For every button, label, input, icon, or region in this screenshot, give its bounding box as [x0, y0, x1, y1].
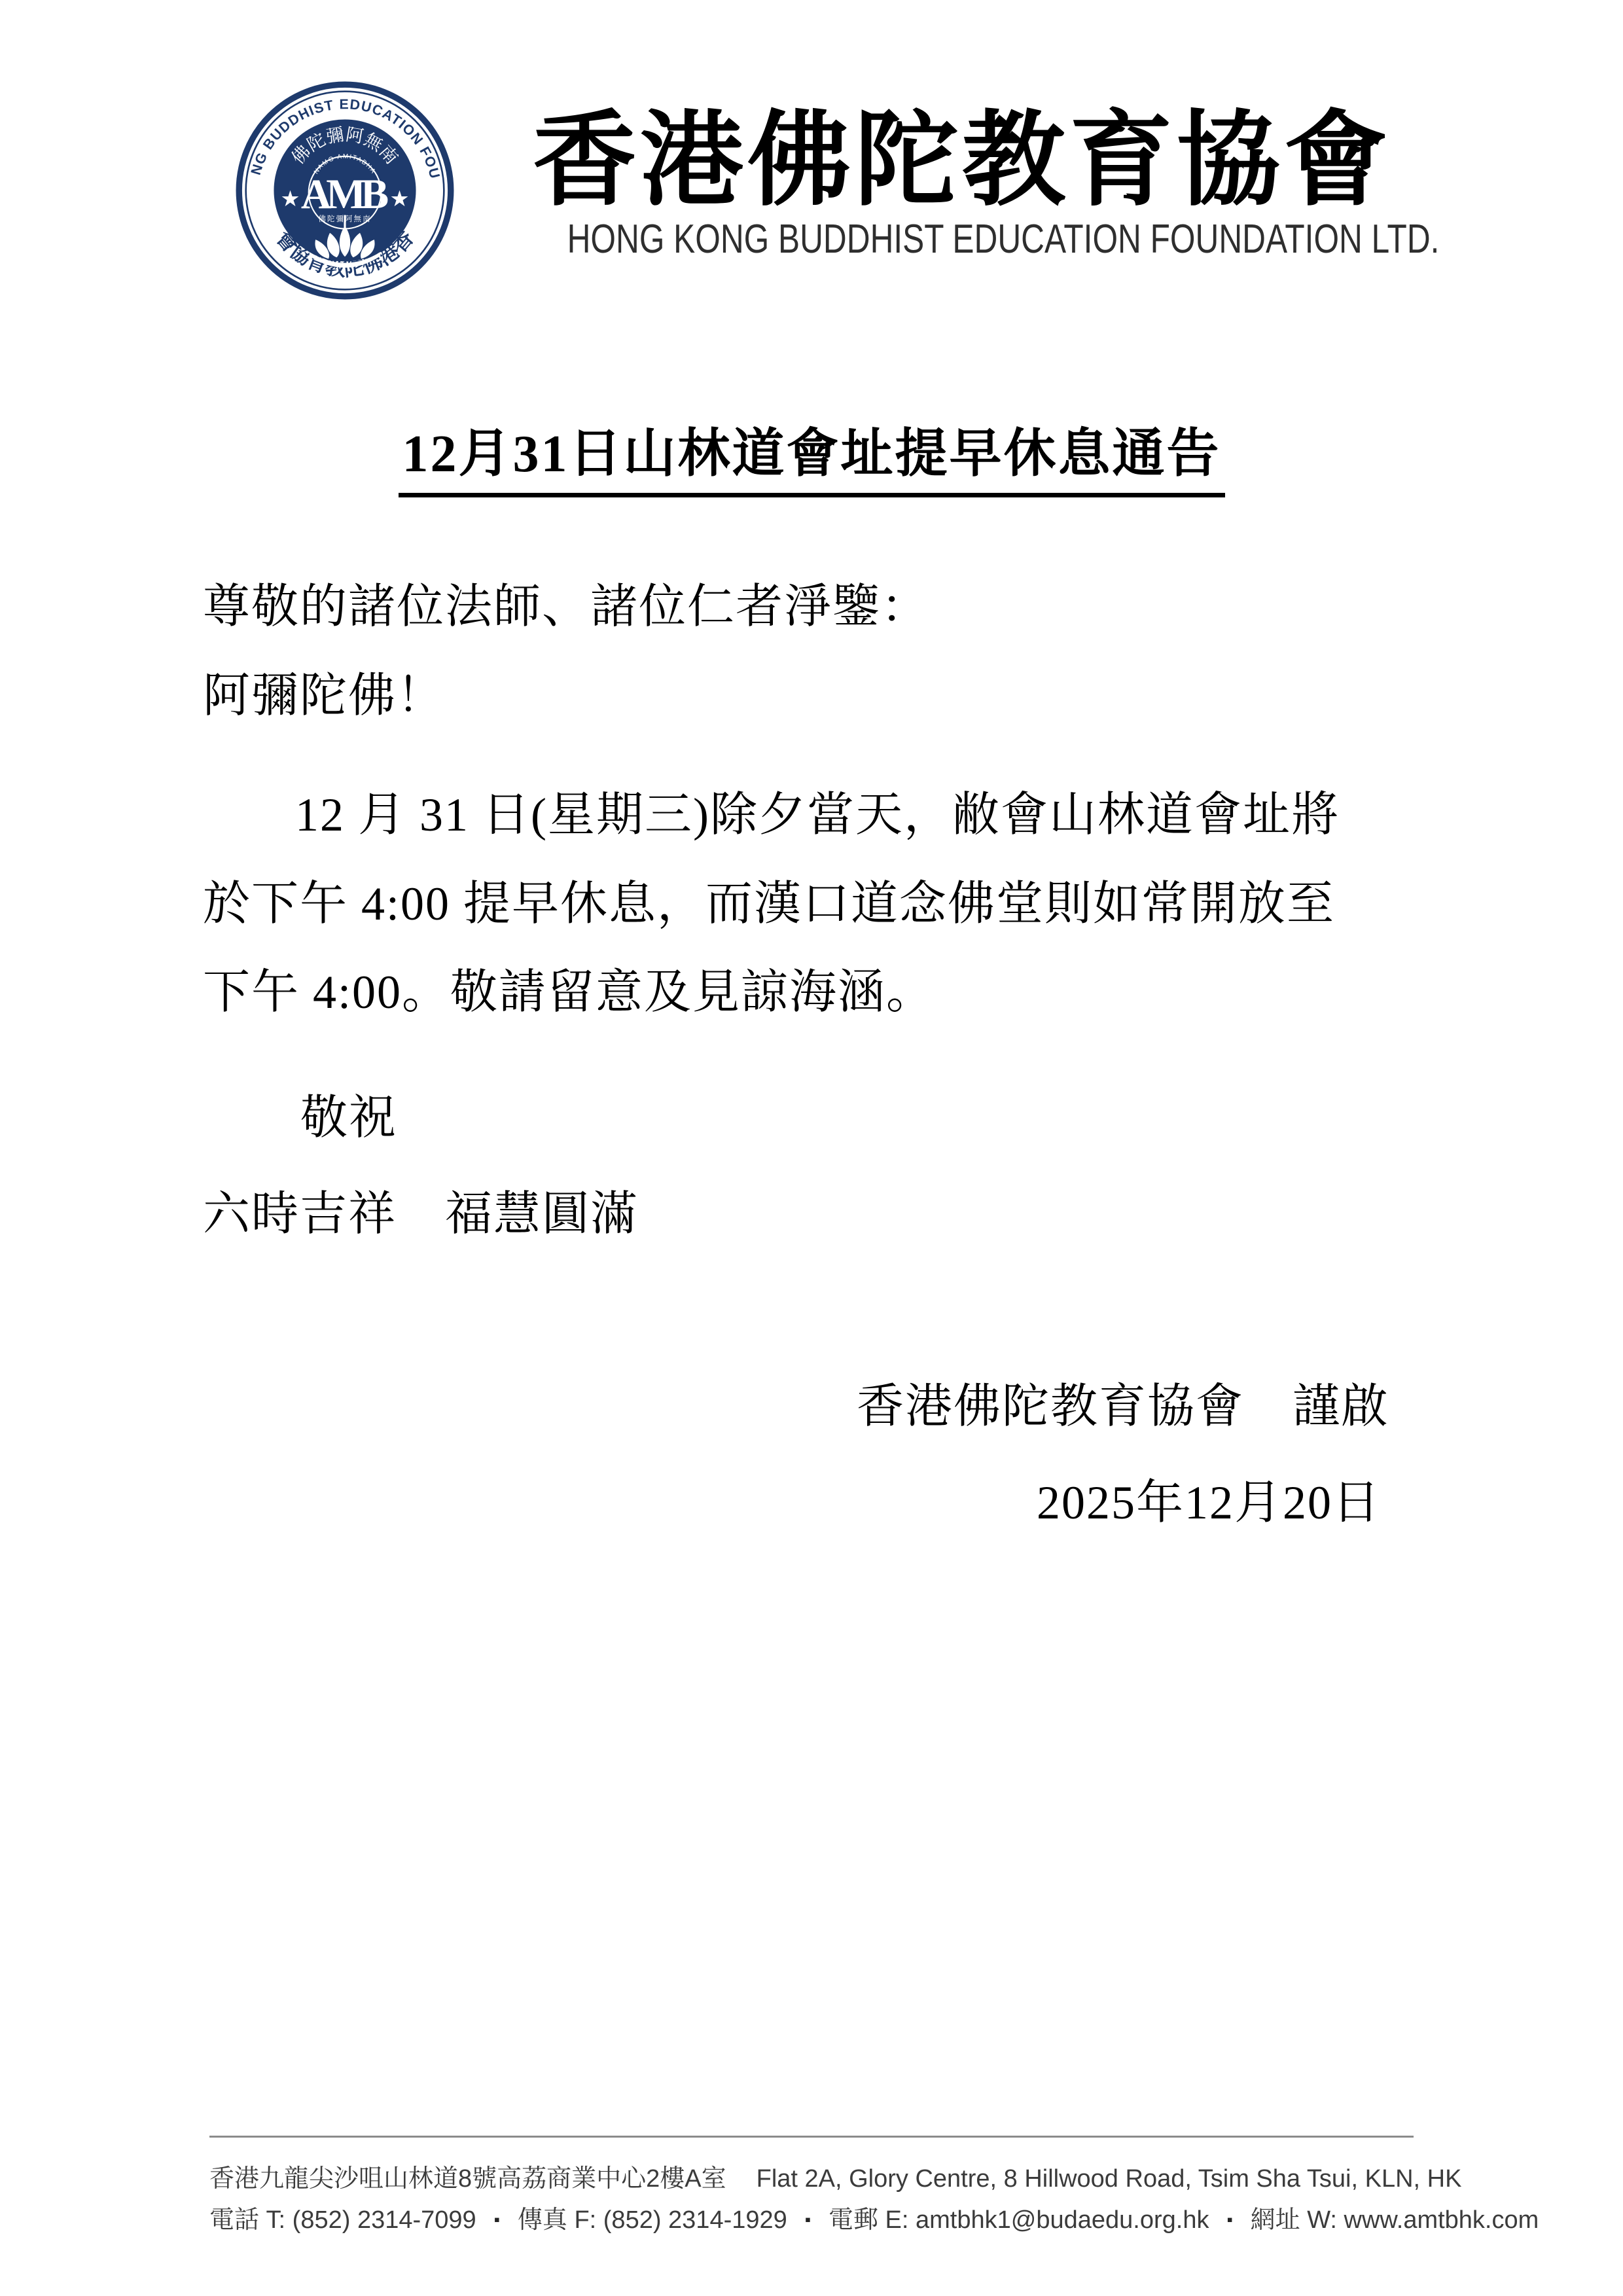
footer-email: 電郵 E: amtbhk1@budaedu.org.hk: [829, 2199, 1209, 2235]
date-line: 2025年12月20日: [0, 1464, 1623, 1532]
body-line-1: 12 月 31 日(星期三)除夕當天，敝會山林道會址將: [0, 776, 1623, 844]
bullet-icon: ▪: [494, 2210, 500, 2230]
bullet-icon: ▪: [805, 2210, 811, 2230]
footer-phone: 電話 T: (852) 2314-7099: [209, 2199, 476, 2235]
star-right-icon: ★: [390, 187, 410, 211]
brand-name-english-wrap: HONG KONG BUDDHIST EDUCATION FOUNDATION …: [458, 216, 1466, 262]
footer-address-english: Flat 2A, Glory Centre, 8 Hillwood Road, …: [757, 2165, 1462, 2193]
body-line-2: 於下午 4:00 提早休息，而漢口道念佛堂則如常開放至: [0, 865, 1623, 933]
blessing-line: 六時吉祥 福慧圓滿: [0, 1175, 1623, 1244]
notice-title-wrap: 12月31日山林道會址提早休息通告: [0, 411, 1623, 497]
footer-contact-line: 電話 T: (852) 2314-7099 ▪ 傳真 F: (852) 2314…: [0, 2199, 1623, 2235]
star-left-icon: ★: [281, 187, 300, 211]
footer-website: 網址 W: www.amtbhk.com: [1251, 2199, 1539, 2235]
body-line-3: 下午 4:00。敬請留意及見諒海涵。: [0, 954, 1623, 1022]
seal-monogram: AMB: [301, 170, 388, 217]
foundation-seal-logo: HONG KONG BUDDHIST EDUCATION FOUNDATION …: [236, 81, 454, 300]
notice-page: { "page": { "background": "#ffffff", "na…: [0, 0, 1623, 2296]
salutation-line: 尊敬的諸位法師、諸位仁者淨鑒：: [0, 568, 1623, 636]
brand-name-english: HONG KONG BUDDHIST EDUCATION FOUNDATION …: [567, 216, 1440, 262]
notice-title: 12月31日山林道會址提早休息通告: [399, 411, 1225, 497]
closing-salute-line: 敬祝: [0, 1079, 1623, 1147]
footer-address-line: 香港九龍尖沙咀山林道8號高荔商業中心2樓A室 Flat 2A, Glory Ce…: [0, 2158, 1623, 2194]
footer-fax: 傳真 F: (852) 2314-1929: [518, 2199, 787, 2235]
footer-divider: [209, 2136, 1414, 2138]
bullet-icon: ▪: [1226, 2210, 1232, 2230]
footer-address-chinese: 香港九龍尖沙咀山林道8號高荔商業中心2樓A室: [209, 2158, 726, 2194]
seal-logo-svg: HONG KONG BUDDHIST EDUCATION FOUNDATION …: [236, 81, 454, 300]
greeting-line: 阿彌陀佛！: [0, 657, 1623, 725]
signature-line: 香港佛陀教育協會 謹啟: [0, 1368, 1623, 1436]
brand-name-chinese: 香港佛陀教育協會: [458, 77, 1466, 226]
